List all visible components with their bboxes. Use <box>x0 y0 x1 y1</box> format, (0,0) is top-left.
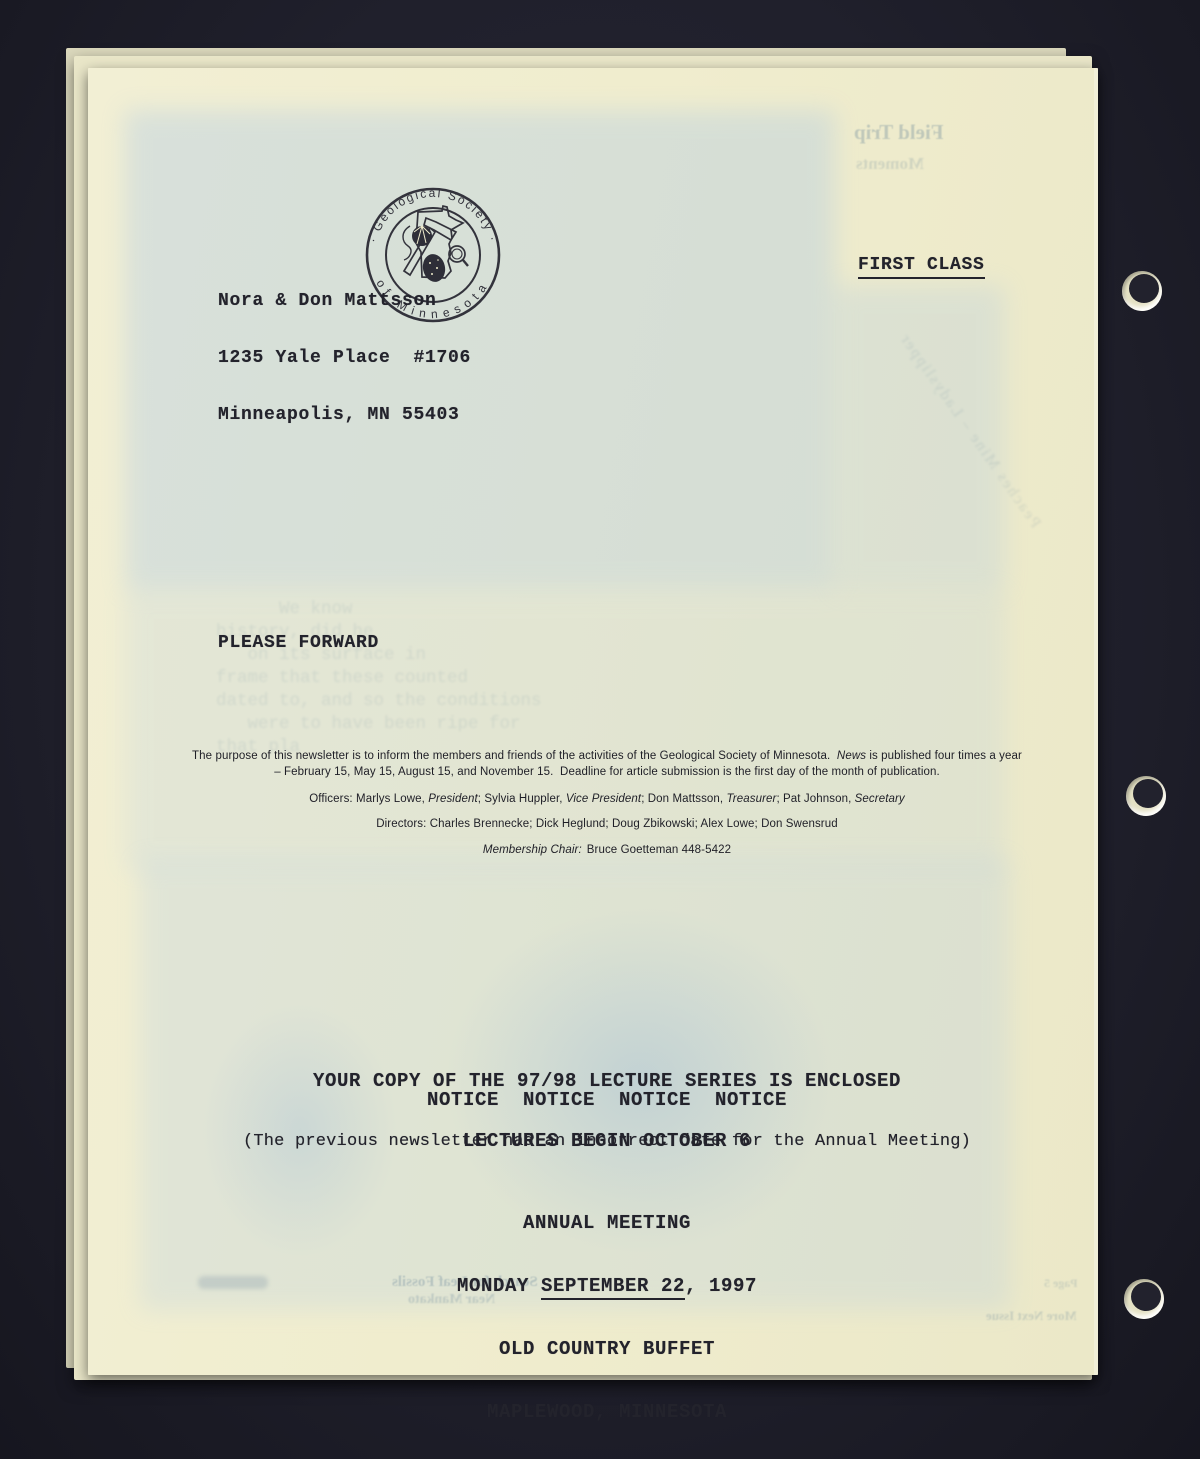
postage-class-label: FIRST CLASS <box>858 256 985 279</box>
annual-meeting-city: MAPLEWOOD, MINNESOTA <box>102 1402 1112 1423</box>
ghost-diagonal-caption: Peaches Mine – Ladyslipper <box>895 330 1044 532</box>
notice-row: NOTICE NOTICE NOTICE NOTICE <box>102 1090 1112 1110</box>
officer-title: Treasurer <box>727 793 777 805</box>
punch-hole <box>1122 271 1162 311</box>
recipient-line: Minneapolis, MN 55403 <box>218 406 471 425</box>
enclosure-line: YOUR COPY OF THE 97/98 LECTURE SERIES IS… <box>102 1071 1112 1091</box>
ghost-paragraph: We know history, did he on its surface i… <box>216 598 542 759</box>
punch-hole <box>1126 776 1166 816</box>
masthead-officers-line: Officers: Marlys Lowe, President; Sylvia… <box>102 793 1112 805</box>
ghost-headline: Moments <box>856 154 924 174</box>
date-pre: MONDAY <box>457 1275 541 1297</box>
officer-title: Vice President <box>566 793 641 805</box>
masthead-directors-line: Directors: Charles Brennecke; Dick Heglu… <box>102 818 1112 830</box>
scan-background: Field Trip Moments Peaches Mine – Ladysl… <box>0 0 1200 1459</box>
masthead-purpose-line2: – February 15, May 15, August 15, and No… <box>102 766 1112 778</box>
recipient-address: Nora & Don Mattsson 1235 Yale Place #170… <box>218 254 471 463</box>
faceted-stone-icon <box>412 226 432 246</box>
purpose-text: The purpose of this newsletter is to inf… <box>192 750 837 762</box>
enclosure-notice: YOUR COPY OF THE 97/98 LECTURE SERIES IS… <box>102 1031 1112 1191</box>
purpose-text: is published four times a year <box>866 750 1022 762</box>
punch-hole <box>1124 1279 1164 1319</box>
masthead-purpose-line1: The purpose of this newsletter is to inf… <box>102 750 1112 762</box>
newsletter-mailing-page: Field Trip Moments Peaches Mine – Ladysl… <box>88 68 1098 1375</box>
officer-title: Secretary <box>855 793 905 805</box>
recipient-line: Nora & Don Mattsson <box>218 292 471 311</box>
annual-meeting-title: ANNUAL MEETING <box>102 1213 1112 1234</box>
date-underlined: SEPTEMBER 22 <box>541 1275 685 1300</box>
forward-instruction: PLEASE FORWARD <box>218 634 379 653</box>
officers-text: Officers: Marlys Lowe, <box>309 793 428 805</box>
officers-text: ; Sylvia Huppler, <box>478 793 566 805</box>
recipient-line: 1235 Yale Place #1706 <box>218 349 471 368</box>
officers-text: ; Don Mattsson, <box>641 793 726 805</box>
masthead-membership-line: Membership Chair:Bruce Goetteman 448-542… <box>102 844 1112 856</box>
annual-meeting-block: ANNUAL MEETING MONDAY SEPTEMBER 22, 1997… <box>102 1171 1112 1459</box>
ghost-diagonal-text: Peaches Mine – Ladyslipper <box>895 330 1044 532</box>
show-through-tint <box>835 285 1005 590</box>
membership-chair-value: Bruce Goetteman 448-5422 <box>587 844 731 856</box>
purpose-news-italic: News <box>837 750 866 762</box>
annual-meeting-date-line: MONDAY SEPTEMBER 22, 1997 <box>102 1276 1112 1297</box>
officer-title: President <box>428 793 477 805</box>
officers-text: ; Pat Johnson, <box>776 793 854 805</box>
ghost-headline: Field Trip <box>854 120 944 145</box>
membership-chair-label: Membership Chair: <box>483 844 582 856</box>
annual-meeting-venue: OLD COUNTRY BUFFET <box>102 1339 1112 1360</box>
correction-note: (The previous newsletter had an incorrec… <box>102 1132 1112 1151</box>
date-post: , 1997 <box>685 1275 757 1297</box>
